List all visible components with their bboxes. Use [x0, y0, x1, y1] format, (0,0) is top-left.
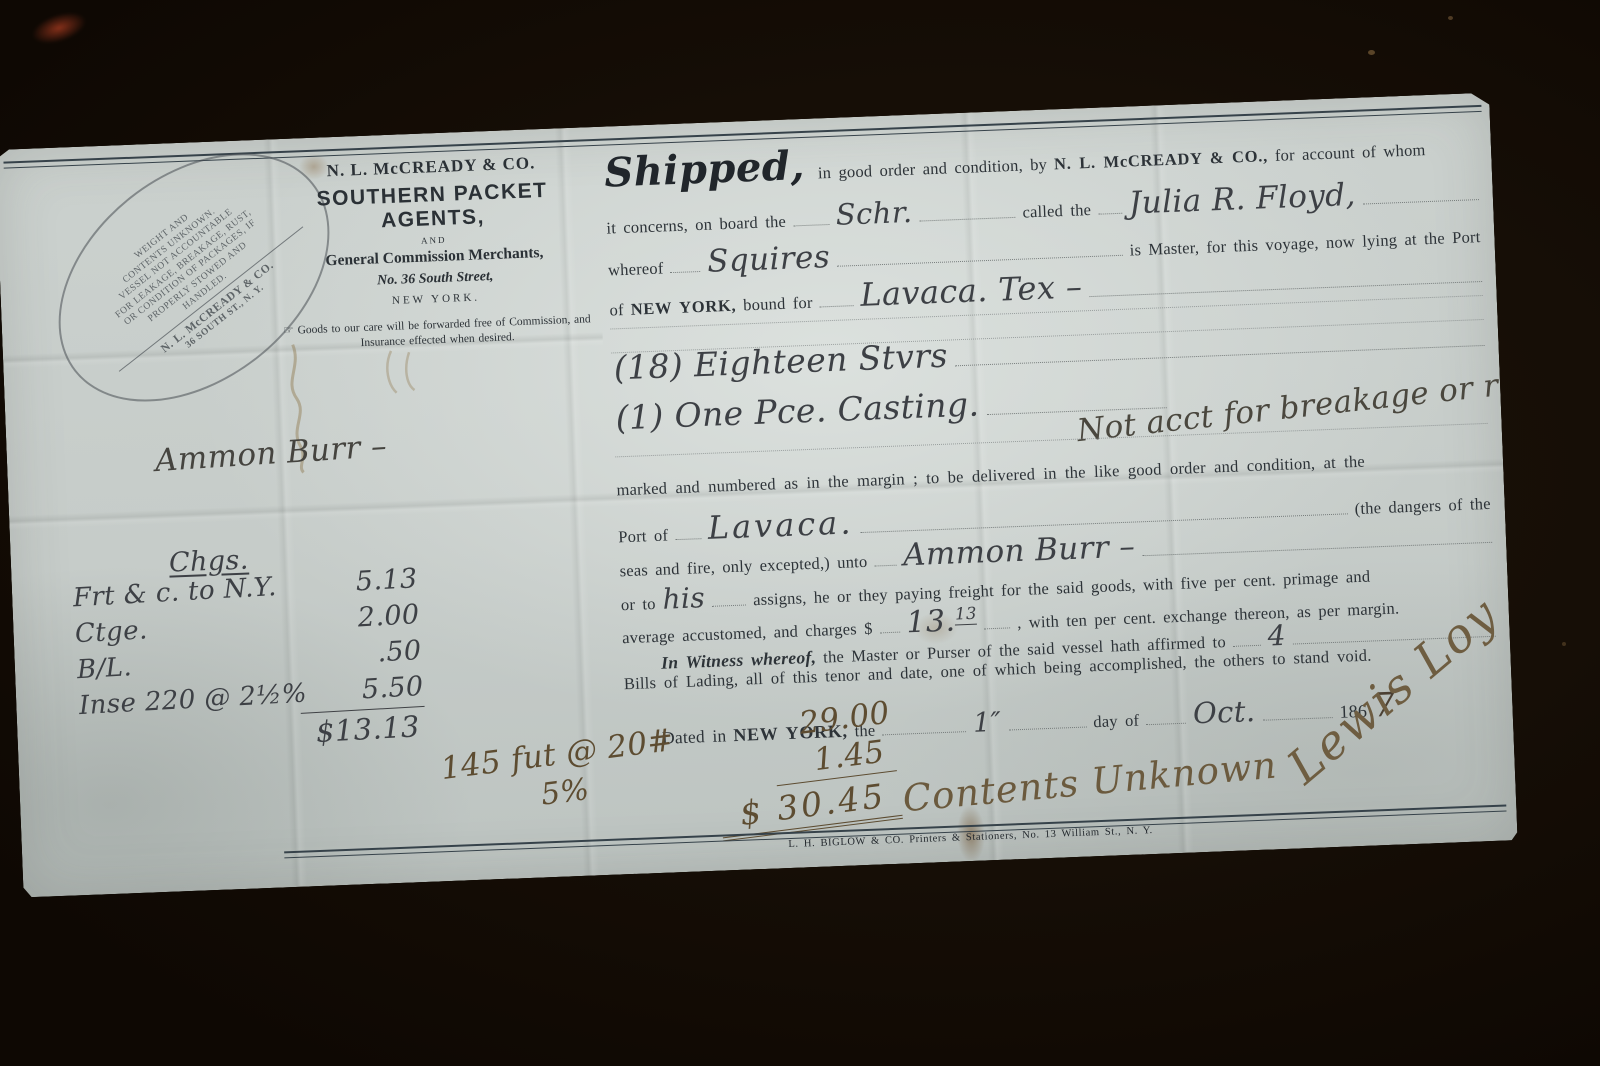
cargo-item: (18) Eighteen Stvrs [613, 336, 948, 388]
dotted-rule [675, 538, 701, 540]
background-speck [1448, 16, 1453, 20]
print-text: for account of whom [1274, 140, 1425, 166]
dotted-rule [1090, 281, 1483, 297]
master-name: Squires [707, 239, 831, 280]
background-red-speck [18, 0, 100, 57]
vessel-type: Schr. [835, 195, 913, 232]
dotted-rule [883, 731, 967, 735]
letterhead: N. L. McCREADY & CO. SOUTHERN PACKET AGE… [276, 151, 593, 354]
charge-label: B/L. [76, 652, 133, 685]
background-speck [1562, 642, 1566, 646]
dated-day: 1″ [973, 707, 1002, 739]
background-speck [1368, 50, 1375, 55]
port-of-origin: NEW YORK, [630, 296, 736, 320]
dotted-rule [1363, 199, 1479, 204]
margin-charges-table: Frt & c. to N.Y. 5.13 Ctge. 2.00 B/L. .5… [72, 563, 427, 762]
dotted-rule [712, 604, 746, 606]
print-text: in good order and condition, by [818, 155, 1048, 184]
dotted-rule [920, 217, 1016, 222]
dotted-rule [793, 224, 829, 226]
print-text: bound for [743, 293, 813, 316]
dated-month: Oct. [1192, 694, 1256, 730]
charge-amount: .50 [377, 635, 423, 668]
assigns-word: his [662, 581, 706, 616]
charges-fraction: 13 [955, 604, 978, 626]
charge-amount: 5.13 [355, 563, 418, 597]
shipped-word: Shipped, [604, 149, 806, 191]
dotted-rule [955, 345, 1485, 366]
document-paper: WEIGHT AND CONTENTS UNKNOWN. VESSEL NOT … [0, 93, 1518, 898]
charge-label: Frt & c. to N.Y. [72, 572, 277, 613]
dotted-rule [820, 305, 854, 307]
print-text: whereof [608, 258, 664, 280]
pointing-hand-icon: ☞ [283, 325, 294, 337]
print-text: Port of [618, 525, 669, 547]
vessel-name: Julia R. Floyd, [1128, 177, 1356, 222]
bills-count: 4 [1267, 619, 1286, 653]
cargo-item: (1) One Pce. Casting. [615, 384, 980, 437]
print-text: it concerns, on board the [606, 212, 786, 239]
dotted-rule [1233, 645, 1261, 647]
photo-background: WEIGHT AND CONTENTS UNKNOWN. VESSEL NOT … [0, 0, 1600, 1066]
charge-amount: 5.50 [361, 671, 424, 705]
print-text: of [609, 300, 624, 321]
dotted-rule [1098, 213, 1122, 215]
dotted-rule [1009, 727, 1087, 731]
destination: Lavaca. Tex – [860, 267, 1083, 313]
shipper-company: N. L. McCREADY & CO., [1054, 146, 1269, 174]
charges-total: $13.13 [301, 706, 427, 750]
dotted-rule [837, 255, 1123, 267]
dotted-rule [874, 565, 896, 567]
charge-label: Ctge. [74, 615, 148, 649]
charge-amount: 2.00 [357, 599, 420, 633]
dotted-rule [671, 271, 701, 273]
calc-label: 5% [539, 772, 591, 813]
print-text: called the [1022, 200, 1091, 223]
dotted-rule [1146, 723, 1186, 726]
print-text: or to [621, 594, 656, 615]
print-text: day of [1093, 711, 1140, 733]
letterhead-title: SOUTHERN PACKET AGENTS, [277, 177, 589, 237]
